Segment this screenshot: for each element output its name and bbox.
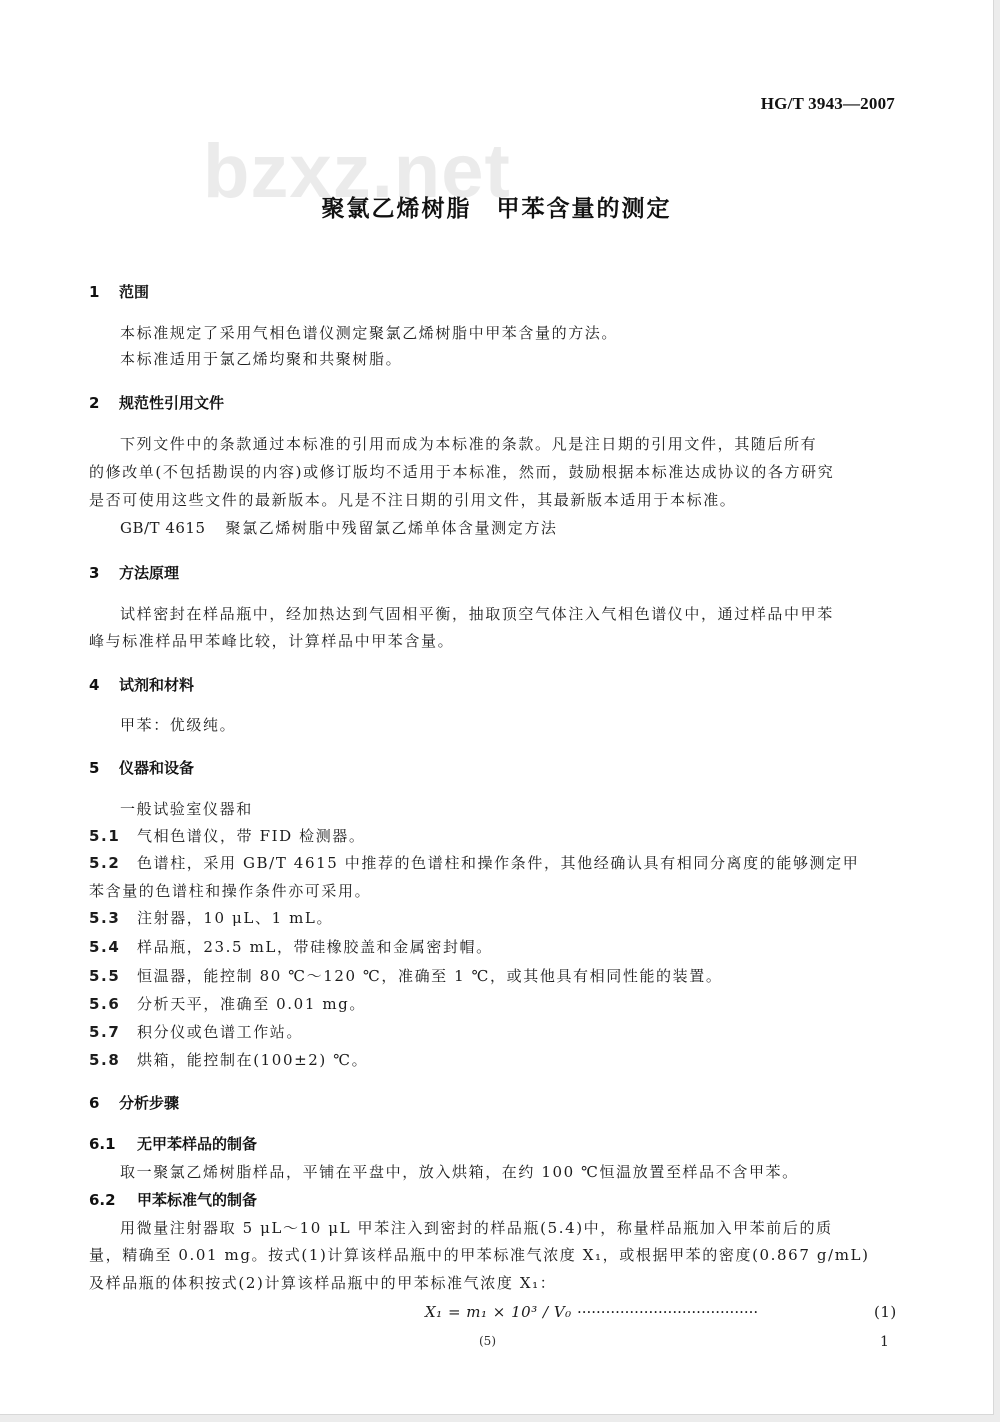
formula-leader: ······································ <box>577 1303 758 1321</box>
reference-code: GB/T 4615 <box>120 519 206 537</box>
section-heading-5: 5仪器和设备 <box>89 757 194 778</box>
paragraph-line: 及样品瓶的体积按式(2)计算该样品瓶中的甲苯标准气浓度 X₁： <box>89 1272 556 1293</box>
section-heading-2: 2规范性引用文件 <box>89 392 224 413</box>
subsection-heading-6-1: 6.1无甲苯样品的制备 <box>89 1133 257 1154</box>
paragraph-line: 下列文件中的条款通过本标准的引用而成为本标准的条款。凡是注日期的引用文件，其随后… <box>120 433 817 454</box>
reference-title: 聚氯乙烯树脂中残留氯乙烯单体含量测定方法 <box>226 519 558 537</box>
clause-5-8: 5.8烘箱，能控制在(100±2) ℃。 <box>89 1049 368 1070</box>
clause-5-6: 5.6分析天平，准确至 0.01 mg。 <box>89 993 366 1014</box>
document-title: 聚氯乙烯树脂 甲苯含量的测定 <box>0 190 993 223</box>
section-heading-1: 1范围 <box>89 281 149 302</box>
clause-5-2: 5.2色谱柱，采用 GB/T 4615 中推荐的色谱柱和操作条件，其他经确认具有… <box>89 852 859 873</box>
formula-label: (1) <box>874 1303 897 1321</box>
formula-expression: X₁ = m₁ × 10³ / V₀ <box>425 1303 572 1321</box>
paragraph-line: 峰与标准样品甲苯峰比较，计算样品中甲苯含量。 <box>89 630 454 651</box>
paragraph-line: 的修改单(不包括勘误的内容)或修订版均不适用于本标准，然而，鼓励根据本标准达成协… <box>89 461 834 482</box>
paragraph: 本标准规定了采用气相色谱仪测定聚氯乙烯树脂中甲苯含量的方法。 <box>120 322 618 343</box>
clause-5-5: 5.5恒温器，能控制 80 ℃～120 ℃，准确至 1 ℃，或其他具有相同性能的… <box>89 965 722 986</box>
section-heading-3: 3方法原理 <box>89 562 179 583</box>
formula-1: X₁ = m₁ × 10³ / V₀ ·····················… <box>425 1303 758 1321</box>
standard-code: HG/T 3943—2007 <box>761 94 895 114</box>
clause-5-1: 5.1气相色谱仪，带 FID 检测器。 <box>89 825 366 846</box>
footer-sequence: (5) <box>479 1334 496 1348</box>
clause-5-7: 5.7积分仪或色谱工作站。 <box>89 1021 303 1042</box>
paragraph-line: 是否可使用这些文件的最新版本。凡是不注日期的引用文件，其最新版本适用于本标准。 <box>89 489 736 510</box>
paragraph-line: 试样密封在样品瓶中，经加热达到气固相平衡，抽取顶空气体注入气相色谱仪中，通过样品… <box>120 603 834 624</box>
paragraph: 取一聚氯乙烯树脂样品，平铺在平盘中，放入烘箱，在约 100 ℃恒温放置至样品不含… <box>120 1161 799 1182</box>
clause-5-3: 5.3注射器，10 μL、1 mL。 <box>89 907 333 928</box>
subsection-heading-6-2: 6.2甲苯标准气的制备 <box>89 1189 257 1210</box>
paragraph: 本标准适用于氯乙烯均聚和共聚树脂。 <box>120 348 402 369</box>
clause-5-4: 5.4样品瓶，23.5 mL，带硅橡胶盖和金属密封帽。 <box>89 936 493 957</box>
clause-5-2-continuation: 苯含量的色谱柱和操作条件亦可采用。 <box>89 880 371 901</box>
page-number: 1 <box>880 1334 889 1350</box>
section-heading-6: 6分析步骤 <box>89 1092 179 1113</box>
paragraph-line: 量，精确至 0.01 mg。按式(1)计算该样品瓶中的甲苯标准气浓度 X₁，或根… <box>89 1244 870 1265</box>
document-page: HG/T 3943—2007 bzxz.net 聚氯乙烯树脂 甲苯含量的测定 1… <box>0 0 994 1415</box>
paragraph: 一般试验室仪器和 <box>120 798 253 819</box>
section-heading-4: 4试剂和材料 <box>89 674 194 695</box>
paragraph: 甲苯：优级纯。 <box>120 714 236 735</box>
normative-reference: GB/T 4615聚氯乙烯树脂中残留氯乙烯单体含量测定方法 <box>120 517 558 538</box>
paragraph-line: 用微量注射器取 5 μL～10 μL 甲苯注入到密封的样品瓶(5.4)中，称量样… <box>120 1217 833 1238</box>
